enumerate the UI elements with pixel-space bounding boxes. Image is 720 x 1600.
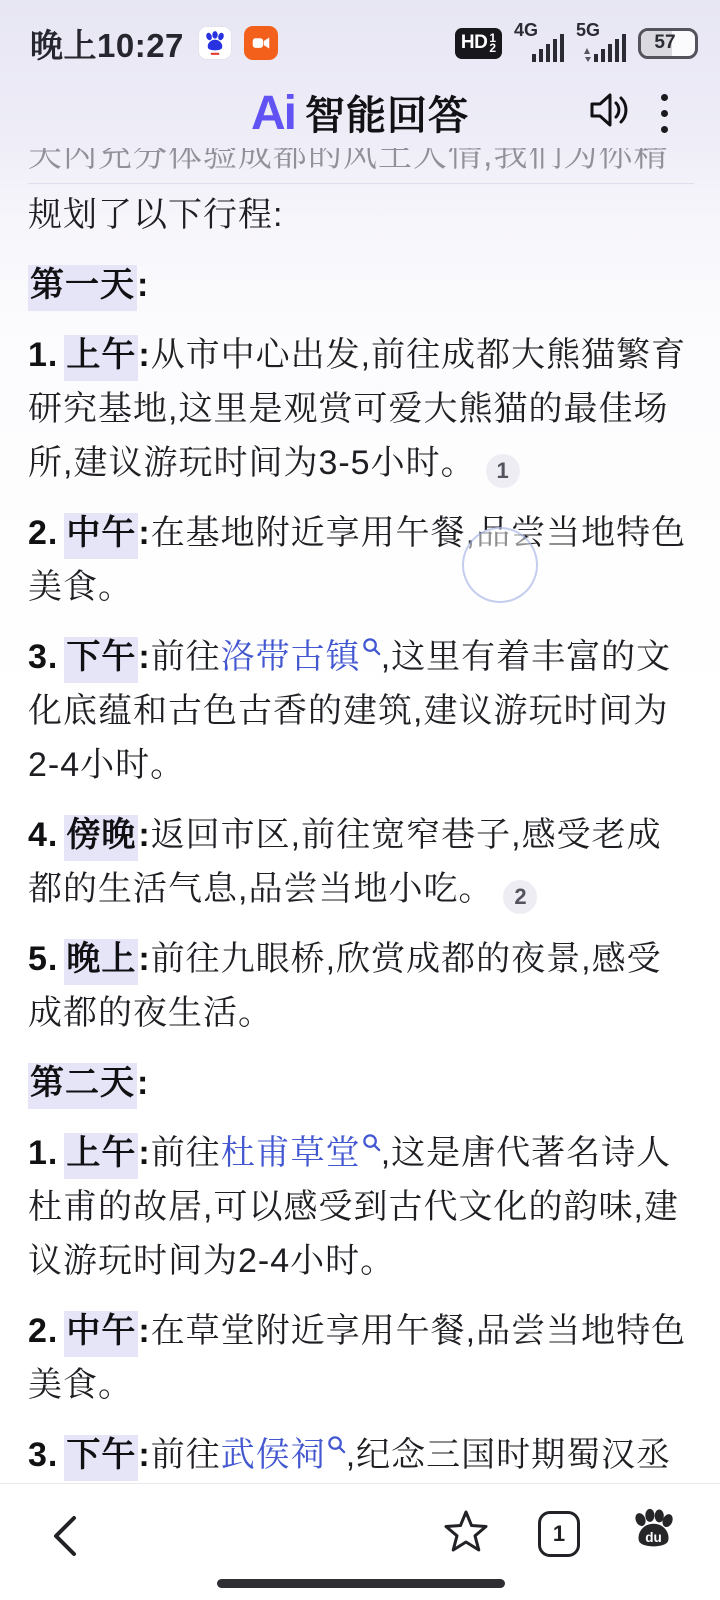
itinerary-item: 3.下午:前往武侯祠,纪念三国时期蜀汉丞	[28, 1428, 694, 1482]
time-marker: 中午	[64, 1311, 138, 1357]
intro-line: 规划了以下行程:	[28, 188, 694, 242]
itinerary-item: 4.傍晚:返回市区,前往宽窄巷子,感受老成都的生活气息,品尝当地小吃。2	[28, 808, 694, 916]
citation-badge[interactable]: 1	[486, 454, 520, 488]
entity-link[interactable]: 洛带古镇	[221, 638, 381, 676]
clock: 晚上10:27	[30, 20, 184, 67]
time-marker: 下午	[64, 1435, 138, 1481]
itinerary-item: 1.上午:前往杜甫草堂,这是唐代著名诗人杜甫的故居,可以感受到古代文化的韵味,建…	[28, 1126, 694, 1288]
time-marker: 上午	[64, 335, 138, 381]
speaker-icon[interactable]	[584, 86, 632, 139]
itinerary-item: 3.下午:前往洛带古镇,这里有着丰富的文化底蕴和古色古香的建筑,建议游玩时间为2…	[28, 630, 694, 792]
page-title: 智能回答	[305, 84, 469, 141]
day-heading: 第二天:	[28, 1056, 694, 1110]
status-bar: 晚上10:27 HD 1 2 4G	[0, 0, 720, 76]
signal-bars-5g: 5G	[576, 20, 626, 66]
video-call-icon	[244, 26, 278, 60]
signal-bars-4g: 4G	[514, 20, 564, 66]
itinerary-item: 1.上午:从市中心出发,前往成都大熊猫繁育研究基地,这里是观赏可爱大熊猫的最佳场…	[28, 328, 694, 490]
citation-badge[interactable]: 2	[503, 880, 537, 914]
itinerary-item: 5.晚上:前往九眼桥,欣赏成都的夜景,感受成都的夜生活。	[28, 932, 694, 1040]
overflow-menu-icon[interactable]	[657, 90, 672, 137]
touch-indicator	[462, 527, 538, 603]
itinerary-item: 2.中午:在草堂附近享用午餐,品尝当地特色美食。	[28, 1304, 694, 1412]
baidu-app-icon	[198, 26, 232, 60]
time-marker: 晚上	[64, 939, 138, 985]
search-icon[interactable]	[362, 1133, 381, 1152]
notification-icons	[198, 26, 278, 60]
battery-indicator: 57	[638, 28, 694, 59]
home-indicator[interactable]	[217, 1579, 505, 1588]
search-icon[interactable]	[362, 637, 381, 656]
app-logo: Ai 智能回答	[251, 84, 469, 141]
time-marker: 下午	[64, 637, 138, 683]
search-icon[interactable]	[327, 1435, 346, 1454]
time-marker: 中午	[64, 513, 138, 559]
itinerary-item: 2.中午:在基地附近享用午餐,品尝当地特色美食。	[28, 506, 694, 614]
app-header: Ai 智能回答	[0, 76, 720, 148]
ai-logo-mark: Ai	[251, 86, 295, 141]
baidu-paw-icon[interactable]: du	[628, 1506, 678, 1561]
star-icon[interactable]	[442, 1507, 490, 1560]
svg-text:du: du	[645, 1530, 662, 1545]
answer-body: 天内充分体验成都的风土人情,我们为你精心 规划了以下行程: 第一天: 1.上午:…	[0, 148, 720, 1483]
status-indicators: HD 1 2 4G 5G	[455, 20, 694, 66]
back-icon[interactable]	[40, 1506, 92, 1571]
entity-link[interactable]: 武侯祠	[221, 1436, 346, 1474]
entity-link[interactable]: 杜甫草堂	[221, 1134, 381, 1172]
tab-count-box[interactable]: 1	[538, 1511, 580, 1557]
hd-volte-badge: HD 1 2	[455, 28, 502, 59]
day-heading: 第一天:	[28, 258, 694, 312]
clipped-scrolled-line: 天内充分体验成都的风土人情,我们为你精心	[28, 148, 694, 184]
time-marker: 上午	[64, 1133, 138, 1179]
time-marker: 傍晚	[64, 815, 138, 861]
